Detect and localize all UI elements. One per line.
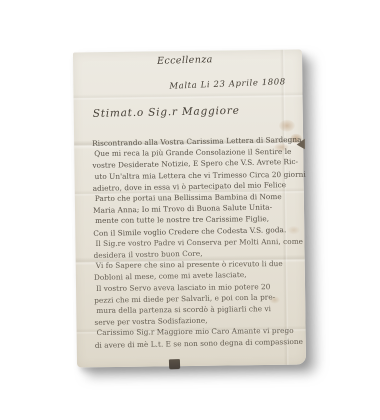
letter-heading: Eccellenza [157, 54, 213, 67]
letter-paper: Eccellenza Malta Li 23 Aprile 1808 Stima… [73, 50, 306, 368]
paper-stain [279, 120, 295, 132]
seal-tab [169, 359, 180, 369]
fold-crease [73, 92, 302, 101]
letter-salutation: Stimat.o Sig.r Maggiore [93, 105, 240, 120]
letter-dateline: Malta Li 23 Aprile 1808 [170, 77, 287, 92]
letter-body: Riscontrando alla Vostra Carissima Lette… [92, 135, 297, 350]
letter-photograph: Eccellenza Malta Li 23 Aprile 1808 Stima… [0, 0, 380, 420]
letter-line: di avere di mè L.t. E se non sono degna … [95, 336, 297, 351]
